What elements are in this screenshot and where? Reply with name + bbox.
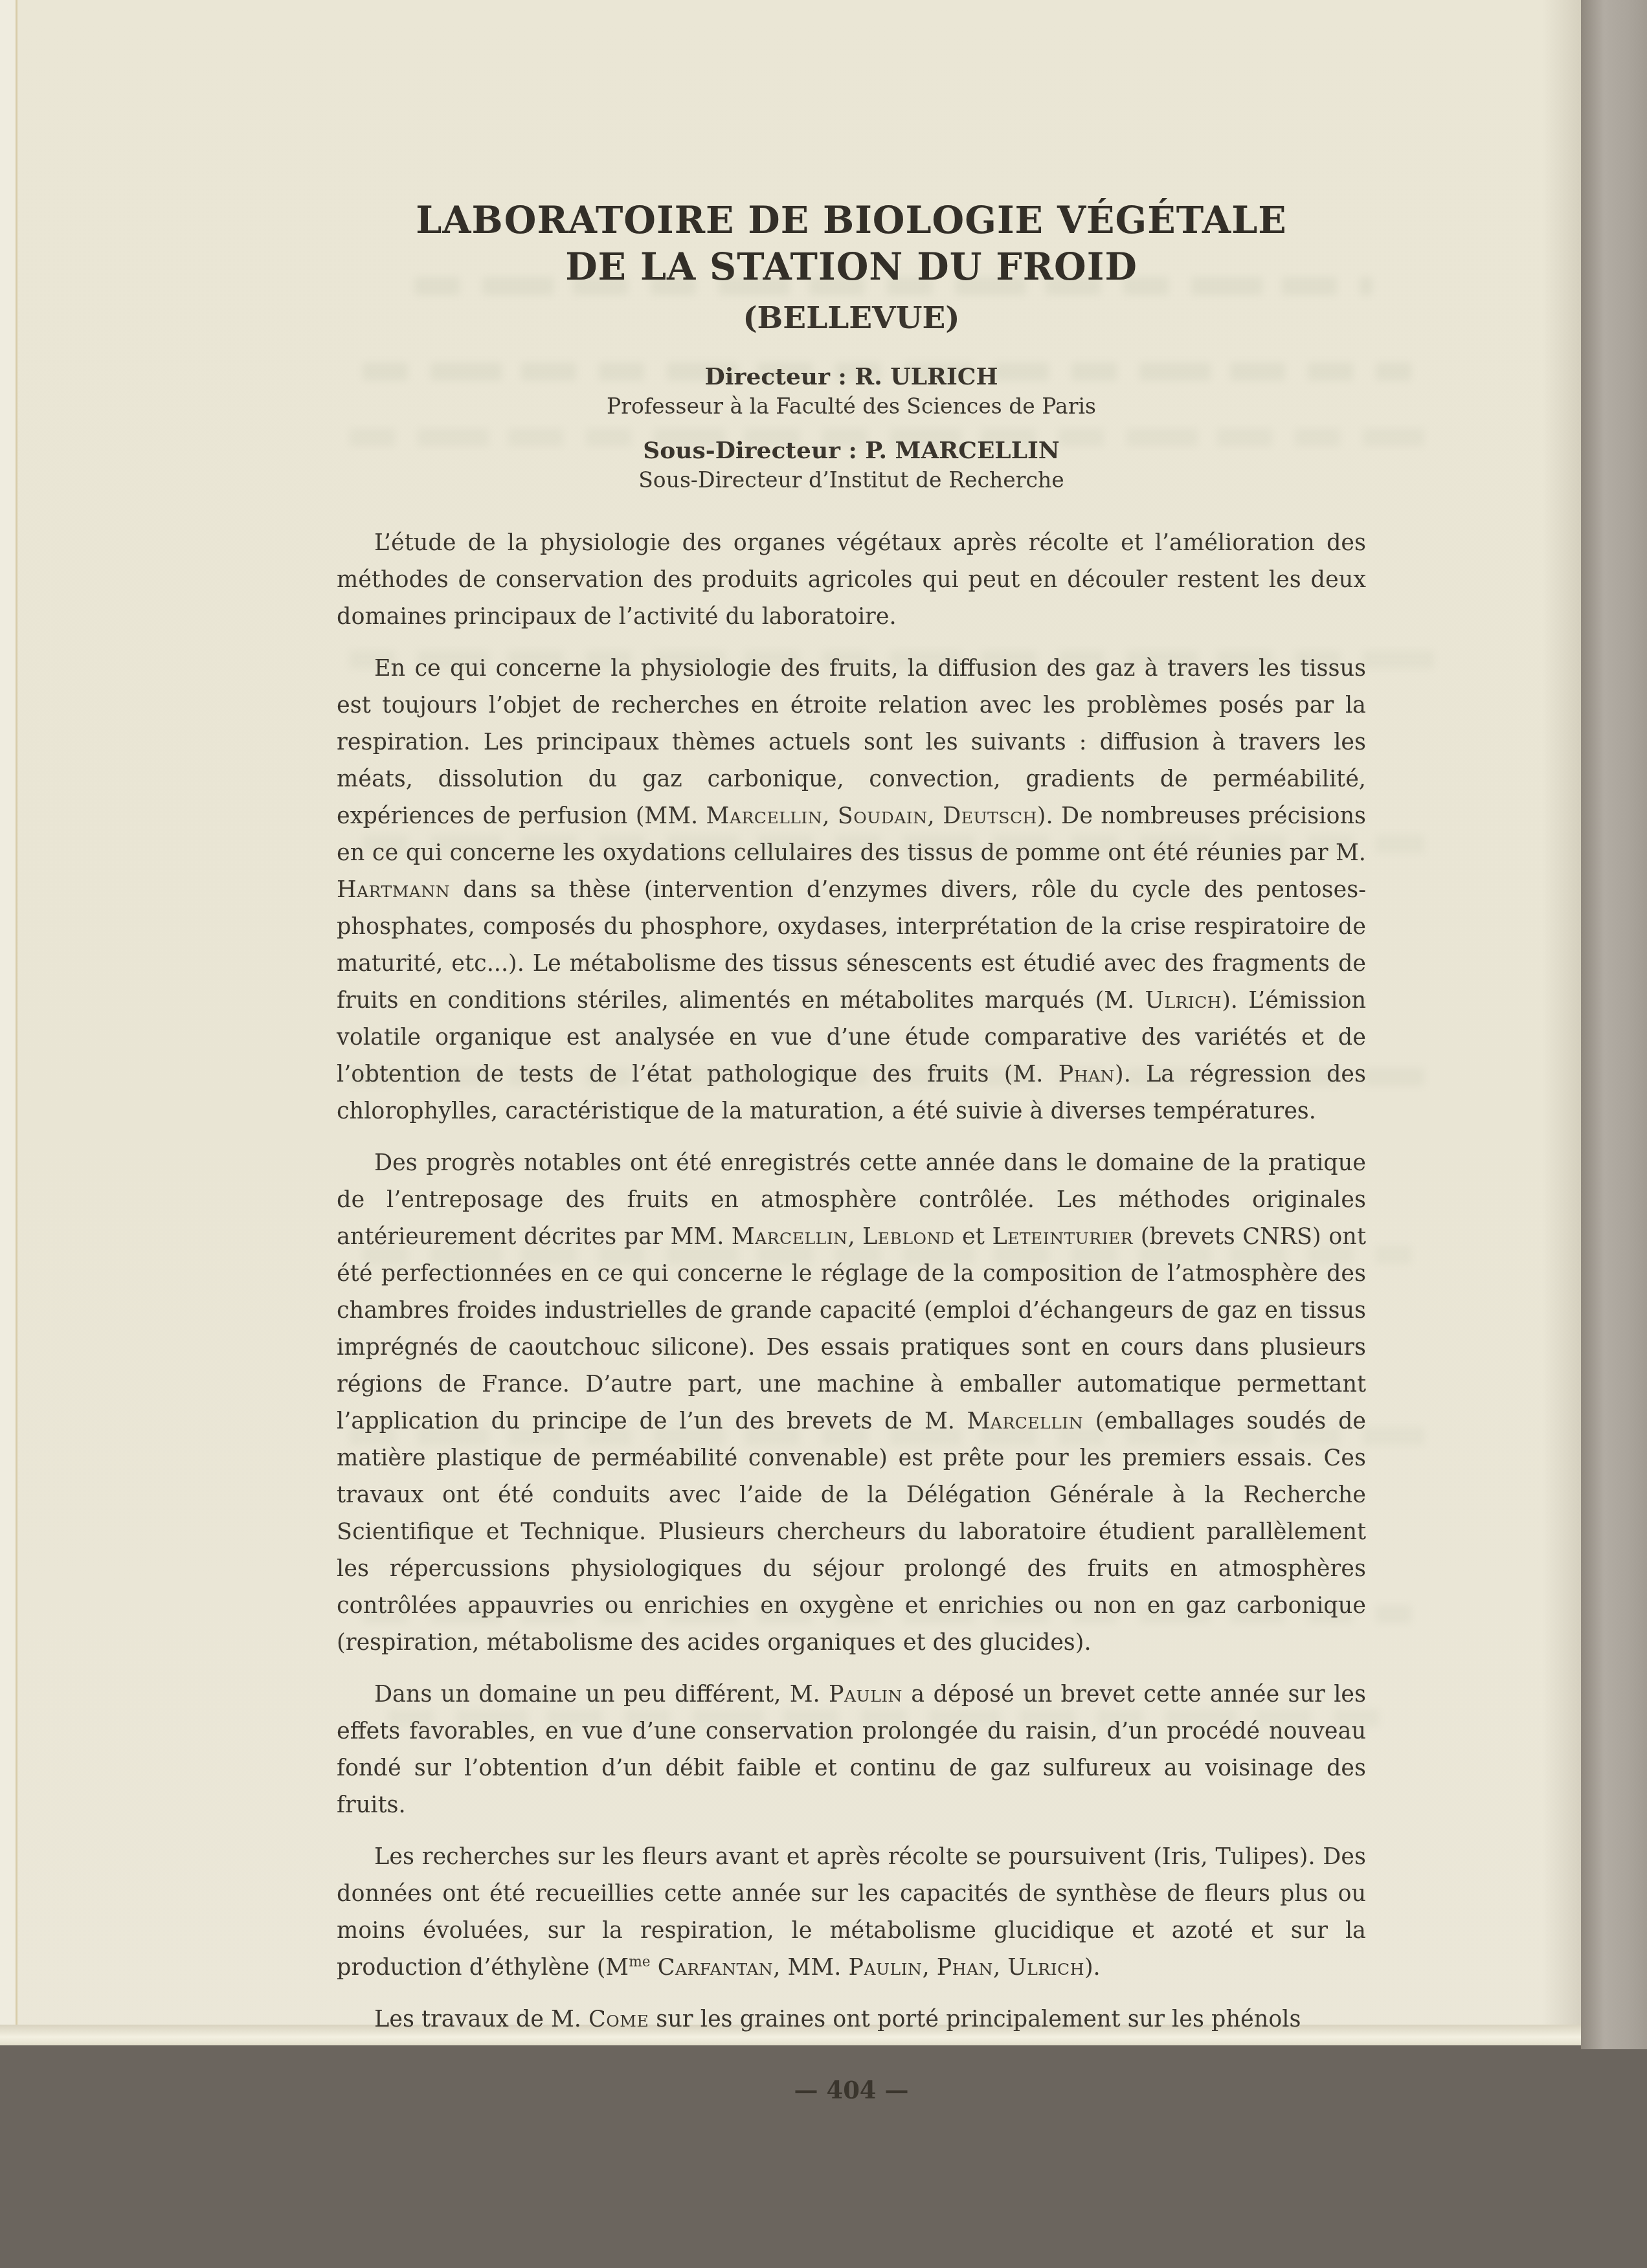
text-segment: , MM.	[773, 1955, 848, 1981]
text-segment: Dans un domaine un peu différent, M.	[374, 1682, 829, 1707]
text-segment: ,	[847, 1224, 862, 1250]
person-name: Phan	[937, 1955, 993, 1981]
text-segment: (emballages soudés de matière plastique …	[337, 1408, 1366, 1656]
person-name: Paulin	[848, 1955, 922, 1981]
page-title-line1: LABORATOIRE DE BIOLOGIE VÉGÉTALE	[337, 199, 1366, 242]
person-name: Carfantan	[658, 1955, 774, 1981]
person-name: Marcellin	[967, 1408, 1084, 1434]
person-name: Ulrich	[1007, 1955, 1084, 1981]
person-name: Hartmann	[337, 877, 450, 903]
person-name: Leblond	[862, 1224, 954, 1250]
page-number: — 404 —	[337, 2076, 1366, 2104]
text-segment: (brevets CNRS) ont été perfectionnées en…	[337, 1224, 1366, 1434]
paragraph: Les recherches sur les fleurs avant et a…	[337, 1839, 1366, 1986]
director-title: Professeur à la Faculté des Sciences de …	[337, 394, 1366, 419]
person-name: Deutsch	[943, 803, 1037, 829]
scan-background: { "colors": { "paper": "#e9e5d4", "ink":…	[0, 0, 1647, 2268]
person-name: Leteinturier	[992, 1224, 1133, 1250]
paragraph: L’étude de la physiologie des organes vé…	[337, 525, 1366, 636]
text-segment: me	[629, 1954, 650, 1970]
book-page: LABORATOIRE DE BIOLOGIE VÉGÉTALE DE LA S…	[0, 0, 1581, 2045]
text-segment: ,	[922, 1955, 936, 1981]
staff-block: Directeur : R. ULRICH Professeur à la Fa…	[337, 363, 1366, 493]
person-name: Marcellin	[732, 1224, 848, 1250]
paragraph: Des progrès notables ont été enregistrés…	[337, 1145, 1366, 1662]
text-segment	[651, 1955, 658, 1981]
subdirector-title: Sous-Directeur d’Institut de Recherche	[337, 467, 1366, 493]
text-segment: ,	[822, 803, 838, 829]
paragraph: En ce qui concerne la physiologie des fr…	[337, 650, 1366, 1130]
person-name: Paulin	[829, 1682, 902, 1707]
text-segment: ).	[1084, 1955, 1101, 1981]
text-segment: sur les graines ont porté principalement…	[649, 2007, 1301, 2032]
director-line: Directeur : R. ULRICH	[337, 363, 1366, 390]
person-name: Phan	[1059, 1062, 1115, 1087]
person-name: Soudain	[838, 803, 928, 829]
text-segment: L’étude de la physiologie des organes vé…	[337, 530, 1366, 630]
text-segment: et	[955, 1224, 992, 1250]
person-name: Marcellin	[706, 803, 823, 829]
text-segment: ,	[928, 803, 943, 829]
scanner-background-right	[1581, 0, 1647, 2049]
paragraph: Les travaux de M. Come sur les graines o…	[337, 2001, 1366, 2038]
person-name: Come	[588, 2007, 649, 2032]
paragraph: Dans un domaine un peu différent, M. Pau…	[337, 1676, 1366, 1824]
page-right-shadow	[1542, 0, 1581, 2045]
page-subtitle: (BELLEVUE)	[337, 300, 1366, 336]
text-segment: Les travaux de M.	[374, 2007, 588, 2032]
subdirector-line: Sous-Directeur : P. MARCELLIN	[337, 437, 1366, 464]
person-name: Ulrich	[1145, 988, 1222, 1014]
page-title-line2: DE LA STATION DU FROID	[337, 246, 1366, 289]
text-segment: ,	[993, 1955, 1007, 1981]
page-gutter-edge	[0, 0, 17, 2045]
page-content: LABORATOIRE DE BIOLOGIE VÉGÉTALE DE LA S…	[337, 199, 1366, 2104]
paragraphs: L’étude de la physiologie des organes vé…	[337, 525, 1366, 2038]
